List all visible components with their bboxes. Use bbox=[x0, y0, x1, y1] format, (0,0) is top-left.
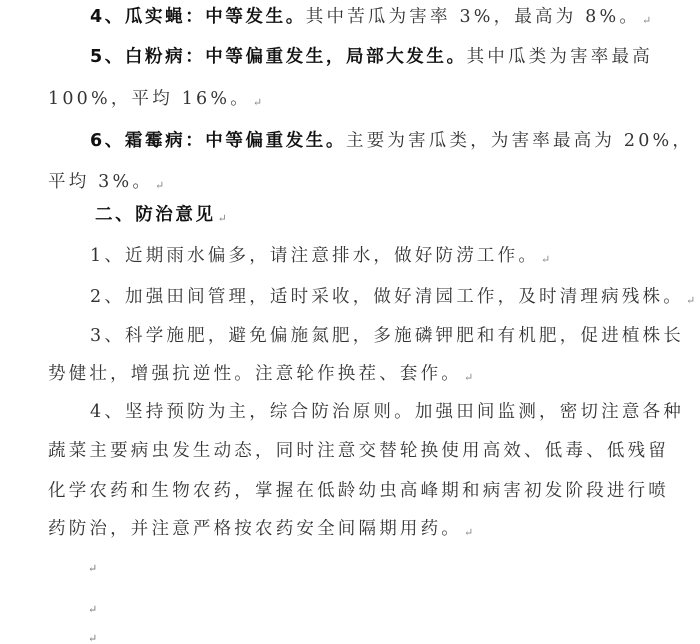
section-heading: 二、防治意见↵ bbox=[95, 204, 227, 230]
pest-item-4-text: 其中苦瓜为害率 3%，最高为 8%。 bbox=[306, 7, 640, 27]
pest-item-6-title: 霜霉病：中等偏重发生。 bbox=[125, 131, 346, 151]
advice-item-3-line-2: 势健壮，增强抗逆性。注意轮作换茬、套作。 bbox=[48, 364, 462, 384]
pest-item-5-number: 5、 bbox=[90, 47, 125, 67]
advice-item-4-continuation-3: 药防治，并注意严格按农药安全间隔期用药。↵ bbox=[48, 518, 473, 544]
paragraph-mark-icon: ↵ bbox=[253, 96, 262, 109]
pest-item-5-text: 其中瓜类为害率最高 bbox=[467, 47, 653, 67]
advice-item-4-line-1: 4、坚持预防为主，综合防治原则。加强田间监测，密切注意各种 bbox=[90, 402, 684, 422]
advice-item-3: 3、科学施肥，避免偏施氮肥，多施磷钾肥和有机肥，促进植株长 bbox=[90, 325, 684, 347]
paragraph-mark-icon: ↵ bbox=[155, 179, 164, 192]
advice-item-3-continuation: 势健壮，增强抗逆性。注意轮作换茬、套作。↵ bbox=[48, 363, 473, 389]
advice-item-3-line-1: 3、科学施肥，避免偏施氮肥，多施磷钾肥和有机肥，促进植株长 bbox=[90, 326, 684, 346]
pest-item-6-continuation: 平均 3%。↵ bbox=[48, 171, 164, 197]
advice-item-4-continuation-2: 化学农药和生物农药，掌握在低龄幼虫高峰期和病害初发阶段进行喷 bbox=[48, 480, 669, 502]
advice-item-1-line-1: 1、近期雨水偏多，请注意排水，做好防涝工作。 bbox=[90, 246, 539, 266]
advice-item-4: 4、坚持预防为主，综合防治原则。加强田间监测，密切注意各种 bbox=[90, 401, 684, 423]
empty-paragraph-mark-icon: ↵ bbox=[88, 562, 97, 575]
advice-item-1: 1、近期雨水偏多，请注意排水，做好防涝工作。↵ bbox=[90, 245, 550, 271]
advice-item-2-line-1: 2、加强田间管理，适时采收，做好清园工作，及时清理病残株。 bbox=[90, 287, 684, 307]
advice-item-4-line-3: 化学农药和生物农药，掌握在低龄幼虫高峰期和病害初发阶段进行喷 bbox=[48, 481, 669, 501]
pest-item-6-text: 主要为害瓜类，为害率最高为 20%， bbox=[346, 131, 693, 151]
paragraph-mark-icon: ↵ bbox=[218, 212, 227, 225]
paragraph-mark-icon: ↵ bbox=[541, 253, 550, 266]
section-heading-text: 二、防治意见 bbox=[95, 205, 216, 225]
pest-item-4: 4、瓜实蝇：中等发生。其中苦瓜为害率 3%，最高为 8%。↵ bbox=[90, 6, 651, 32]
paragraph-mark-icon: ↵ bbox=[464, 371, 473, 384]
paragraph-mark-icon: ↵ bbox=[642, 14, 651, 27]
pest-item-4-number: 4、 bbox=[90, 7, 125, 27]
pest-item-6: 6、霜霉病：中等偏重发生。主要为害瓜类，为害率最高为 20%， bbox=[90, 130, 693, 152]
pest-item-6-number: 6、 bbox=[90, 131, 125, 151]
paragraph-mark-icon: ↵ bbox=[686, 294, 695, 307]
advice-item-4-line-4: 药防治，并注意严格按农药安全间隔期用药。 bbox=[48, 519, 462, 539]
empty-paragraph-mark-icon: ↵ bbox=[88, 632, 97, 644]
pest-item-6-continuation-text: 平均 3%。 bbox=[48, 172, 153, 192]
pest-item-5-continuation: 100%，平均 16%。↵ bbox=[48, 88, 262, 114]
advice-item-4-line-2: 蔬菜主要病虫发生动态，同时注意交替轮换使用高效、低毒、低残留 bbox=[48, 441, 669, 461]
pest-item-5: 5、白粉病：中等偏重发生，局部大发生。其中瓜类为害率最高 bbox=[90, 46, 653, 68]
advice-item-4-continuation-1: 蔬菜主要病虫发生动态，同时注意交替轮换使用高效、低毒、低残留 bbox=[48, 440, 669, 462]
pest-item-5-continuation-text: 100%，平均 16%。 bbox=[48, 89, 251, 109]
empty-paragraph-mark-icon: ↵ bbox=[88, 603, 97, 616]
pest-item-5-title: 白粉病：中等偏重发生，局部大发生。 bbox=[125, 47, 467, 67]
paragraph-mark-icon: ↵ bbox=[464, 526, 473, 539]
advice-item-2: 2、加强田间管理，适时采收，做好清园工作，及时清理病残株。↵ bbox=[90, 286, 695, 312]
pest-item-4-title: 瓜实蝇：中等发生。 bbox=[125, 7, 306, 27]
